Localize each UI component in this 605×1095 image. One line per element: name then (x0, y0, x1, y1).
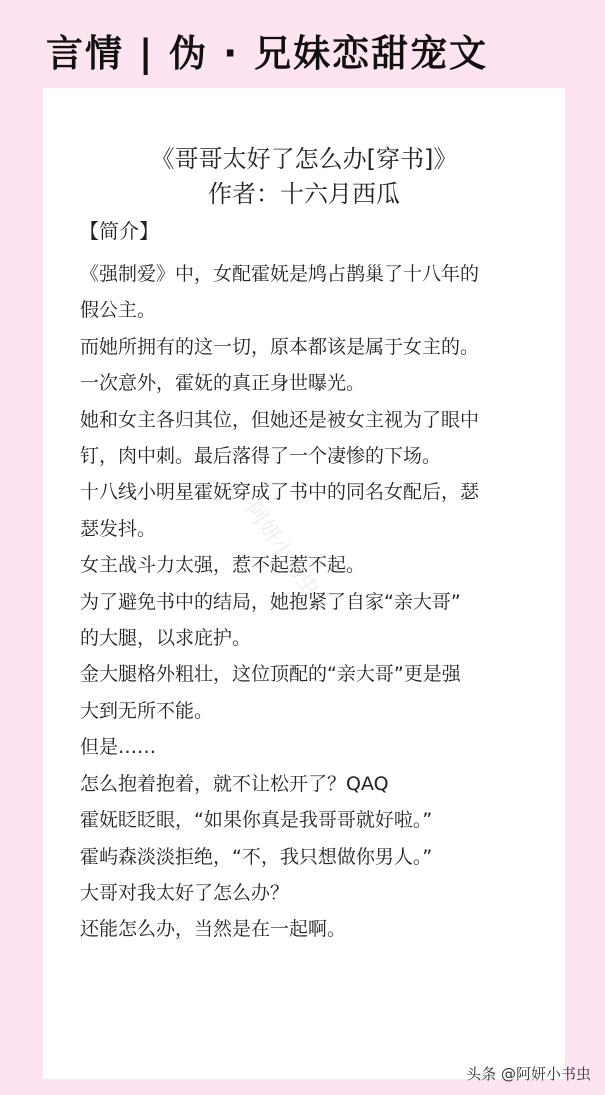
synopsis-line: 但是…… (80, 729, 550, 765)
synopsis-line: 她和女主各归其位，但她还是被女主视为了眼中 (80, 402, 550, 438)
synopsis-line: 霍屿森淡淡拒绝，“不，我只想做你男人。” (80, 839, 550, 875)
synopsis-body: 《强制爱》中，女配霍妩是鸠占鹊巢了十八年的 假公主。 而她所拥有的这一切，原本都… (80, 256, 550, 948)
synopsis-line: 十八线小明星霍妩穿成了书中的同名女配后，瑟 (80, 474, 550, 510)
synopsis-line: 《强制爱》中，女配霍妩是鸠占鹊巢了十八年的 (80, 256, 550, 292)
content-card: 《哥哥太好了怎么办[穿书]》 作者：十六月西瓜 【简介】 阿妍小书虫 《强制爱》… (43, 88, 565, 1079)
footer-credit: 头条 @阿妍小书虫 (466, 1064, 591, 1084)
synopsis-line: 大到无所不能。 (80, 693, 550, 729)
synopsis-line: 大哥对我太好了怎么办？ (80, 875, 550, 911)
synopsis-line: 瑟发抖。 (80, 511, 550, 547)
synopsis-line: 钉，肉中刺。最后落得了一个凄惨的下场。 (80, 438, 550, 474)
synopsis-line: 一次意外，霍妩的真正身世曝光。 (80, 365, 550, 401)
synopsis-line: 霍妩眨眨眼，“如果你真是我哥哥就好啦。” (80, 802, 550, 838)
synopsis-line: 金大腿格外粗壮，这位顶配的“亲大哥”更是强 (80, 656, 550, 692)
synopsis-line: 的大腿，以求庇护。 (80, 620, 550, 656)
book-title: 《哥哥太好了怎么办[穿书]》 (43, 143, 565, 175)
synopsis-line: 还能怎么办，当然是在一起啊。 (80, 911, 550, 947)
header-title: 言情 | 伪 · 兄妹恋甜宠文 (46, 32, 488, 76)
synopsis-line: 为了避免书中的结局，她抱紧了自家“亲大哥” (80, 584, 550, 620)
book-author: 作者：十六月西瓜 (43, 178, 565, 210)
synopsis-line: 怎么抱着抱着，就不让松开了？QAQ (80, 766, 550, 802)
synopsis-line: 而她所拥有的这一切，原本都该是属于女主的。 (80, 329, 550, 365)
synopsis-line: 女主战斗力太强，惹不起惹不起。 (80, 547, 550, 583)
synopsis-label: 【简介】 (79, 217, 159, 245)
synopsis-line: 假公主。 (80, 292, 550, 328)
